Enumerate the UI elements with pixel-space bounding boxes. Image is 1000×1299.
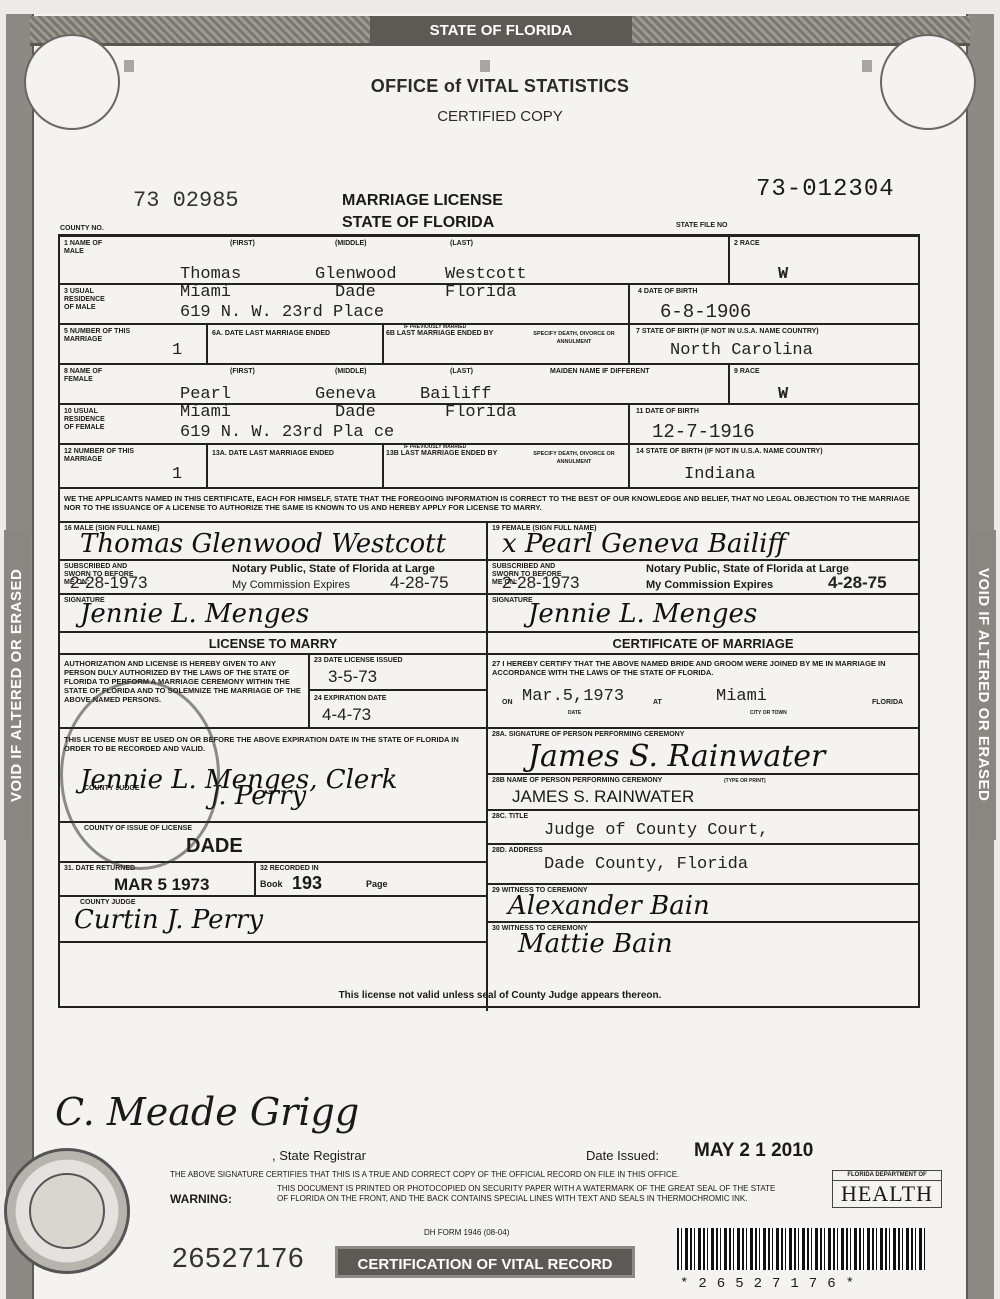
groom-marriage-num-cell: 5 NUMBER OF THIS MARRIAGE 1 <box>60 325 208 363</box>
registrar-label: , State Registrar <box>272 1148 366 1163</box>
last-label: (Last) <box>450 368 473 376</box>
office-title: OFFICE of VITAL STATISTICS <box>0 76 1000 97</box>
groom-residence-cell: 3 Usual Residence of Male Miami Dade Flo… <box>60 285 630 323</box>
bride-specify-label: SPECIFY DEATH, DIVORCE OR ANNULMENT <box>524 450 624 466</box>
groom-date-last-ended-label: 6A. DATE LAST MARRIAGE ENDED <box>212 330 330 338</box>
groom-residence-row: 3 Usual Residence of Male Miami Dade Flo… <box>60 285 918 325</box>
officiant-sig-label: 28A. SIGNATURE OF PERSON PERFORMING CERE… <box>492 731 684 739</box>
groom-dob-label: 4 DATE OF BIRTH <box>638 288 697 296</box>
groom-state-birth-label: 7 STATE OF BIRTH (IF NOT IN U.S.A. NAME … <box>636 328 819 336</box>
commission-label: My Commission Expires <box>232 579 350 591</box>
groom-marriage-row: 5 NUMBER OF THIS MARRIAGE 1 6A. DATE LAS… <box>60 325 918 365</box>
groom-street: 619 N. W. 23rd Place <box>180 303 384 322</box>
book-value: 193 <box>292 873 322 894</box>
officiant-title: Judge of County Court, <box>544 821 768 840</box>
license-to-marry-title: LICENSE TO MARRY <box>60 636 486 651</box>
bride-marriage-num: 1 <box>172 465 182 484</box>
middle-label: (Middle) <box>335 368 367 376</box>
recorded-label: 32 Recorded in <box>260 865 319 873</box>
certificate-of-marriage-column: 19 Female (Sign full name) x Pearl Genev… <box>488 523 918 1011</box>
bride-dob-label: 11 DATE OF BIRTH <box>636 408 699 416</box>
groom-name-cell: 1 Name of Male (First) (Middle) (Last) T… <box>60 237 730 283</box>
void-warning-left: VOID IF ALTERED OR ERASED <box>4 530 30 840</box>
bride-city: Miami <box>180 403 231 422</box>
groom-city: Miami <box>180 283 231 302</box>
groom-state: Florida <box>445 283 516 302</box>
witness2-signature: Mattie Bain <box>518 929 673 959</box>
female-signature-row: 19 Female (Sign full name) x Pearl Genev… <box>488 523 918 561</box>
license-title-line2: STATE OF FLORIDA <box>342 212 503 234</box>
bride-last-name: Bailiff <box>420 385 491 404</box>
validity-footnote: This license not valid unless seal of Co… <box>0 990 1000 1001</box>
officiant-name-label: 28B NAME OF PERSON PERFORMING CEREMONY <box>492 777 662 785</box>
notary-line: Notary Public, State of Florida at Large <box>646 563 849 575</box>
bride-date-last-ended-cell: 13A. DATE LAST MARRIAGE ENDED <box>208 445 384 487</box>
county-judge2-signature: Curtin J. Perry <box>74 905 263 935</box>
groom-marriage-num: 1 <box>172 341 182 360</box>
first-label: (First) <box>230 240 255 248</box>
groom-residence-label: 3 Usual Residence of Male <box>64 288 114 312</box>
expiration-label: 24 EXPIRATION DATE <box>314 695 386 703</box>
witness2-row: 30 WITNESS TO CEREMONY Mattie Bain <box>488 923 918 943</box>
certification-banner: CERTIFICATION OF VITAL RECORD <box>335 1246 635 1278</box>
first-label: (First) <box>230 368 255 376</box>
applicant-statement-row: WE THE APPLICANTS NAMED IN THIS CERTIFIC… <box>60 489 918 523</box>
groom-race: W <box>778 265 788 284</box>
officiant-name-row: 28B NAME OF PERSON PERFORMING CEREMONY (… <box>488 775 918 811</box>
barcode-text: *26527176* <box>680 1276 864 1292</box>
female-commission-exp: 4-28-75 <box>828 573 887 593</box>
bride-marriage-num-cell: 12 NUMBER OF THIS MARRIAGE 1 <box>60 445 208 487</box>
license-title: MARRIAGE LICENSE STATE OF FLORIDA <box>342 190 503 234</box>
county-judge-signature: J. Perry <box>210 781 306 811</box>
bride-street: 619 N. W. 23rd Pla ce <box>180 423 394 442</box>
bride-county: Dade <box>335 403 376 422</box>
page-label: Page <box>366 879 388 889</box>
officiant-address-row: 28D. ADDRESS Dade County, Florida <box>488 845 918 885</box>
health-logo-word: HEALTH <box>833 1181 941 1207</box>
bride-residence-cell: 10 Usual Residence of Female Miami Dade … <box>60 405 630 443</box>
bride-marriage-row: 12 NUMBER OF THIS MARRIAGE 1 13A. DATE L… <box>60 445 918 489</box>
date-returned-cell: 31. Date Returned MAR 5 1973 <box>60 863 256 895</box>
bride-race: W <box>778 385 788 404</box>
certify-row: 27 I HEREBY CERTIFY THAT THE ABOVE NAMED… <box>488 655 918 729</box>
groom-name-label: 1 Name of Male <box>64 240 114 256</box>
void-warning-right: VOID IF ALTERED OR ERASED <box>970 530 996 840</box>
groom-state-birth: North Carolina <box>670 341 813 360</box>
male-notary-signature-row: Signature Jennie L. Menges <box>60 595 486 633</box>
document-serial-number: 26527176 <box>172 1242 305 1274</box>
at-label: AT <box>653 699 662 707</box>
book-label: Book <box>260 879 283 889</box>
date-issued-label: 23 DATE LICENSE ISSUED <box>314 657 403 665</box>
florida-label: FLORIDA <box>872 699 903 707</box>
florida-health-logo-icon: FLORIDA DEPARTMENT OF HEALTH <box>832 1170 942 1208</box>
officiant-address: Dade County, Florida <box>544 855 748 874</box>
female-sworn-date: 2-28-1973 <box>502 573 580 593</box>
registration-mark <box>124 60 134 72</box>
applicant-statement: WE THE APPLICANTS NAMED IN THIS CERTIFIC… <box>64 494 914 512</box>
groom-marriage-num-label: 5 NUMBER OF THIS MARRIAGE <box>64 328 154 344</box>
bride-residence-row: 10 Usual Residence of Female Miami Dade … <box>60 405 918 445</box>
health-logo-top: FLORIDA DEPARTMENT OF <box>833 1171 941 1181</box>
male-signature-row: 16 Male (Sign full name) Thomas Glenwood… <box>60 523 486 561</box>
groom-ended-by-cell: IF PREVIOUSLY MARRIED 6B LAST MARRIAGE E… <box>384 325 630 363</box>
bride-race-label: 9 Race <box>734 368 760 376</box>
date-returned: MAR 5 1973 <box>114 875 209 895</box>
bride-state-birth-label: 14 STATE OF BIRTH (IF NOT IN U.S.A. NAME… <box>636 448 823 456</box>
notary-signature-right: Jennie L. Menges <box>528 599 757 629</box>
groom-ended-by-label: 6B LAST MARRIAGE ENDED BY <box>386 330 493 338</box>
female-signature: x Pearl Geneva Bailiff <box>502 529 786 559</box>
on-label: ON <box>502 699 513 707</box>
date-issued-cell: 23 DATE LICENSE ISSUED 3-5-73 <box>310 655 486 691</box>
date-label: DATE <box>568 709 581 717</box>
warning-text: THIS DOCUMENT IS PRINTED OR PHOTOCOPIED … <box>277 1184 777 1204</box>
groom-name-row: 1 Name of Male (First) (Middle) (Last) T… <box>60 237 918 285</box>
county-number-label: COUNTY NO. <box>60 225 104 233</box>
groom-race-label: 2 Race <box>734 240 760 248</box>
bride-ended-by-cell: IF PREVIOUSLY MARRIED 13B LAST MARRIAGE … <box>384 445 630 487</box>
certified-marriage-record: STATE OF FLORIDA VOID IF ALTERED OR ERAS… <box>0 0 1000 1299</box>
state-file-number: 73-012304 <box>756 176 895 203</box>
male-commission-exp: 4-28-75 <box>390 573 449 593</box>
warning-label: WARNING: <box>170 1192 232 1206</box>
bride-middle-name: Geneva <box>315 385 376 404</box>
certified-copy-label: CERTIFIED COPY <box>0 108 1000 125</box>
maiden-label: Maiden name if different <box>550 368 650 376</box>
great-seal-of-florida-icon <box>4 1148 130 1274</box>
bride-dob: 12-7-1916 <box>652 421 755 443</box>
county-number-value: 73 02985 <box>133 188 239 213</box>
license-form: 1 Name of Male (First) (Middle) (Last) T… <box>58 234 920 1008</box>
witness1-signature: Alexander Bain <box>508 891 710 921</box>
bride-marriage-num-label: 12 NUMBER OF THIS MARRIAGE <box>64 448 154 464</box>
clerk-seal-stamp <box>60 680 220 870</box>
bride-residence-label: 10 Usual Residence of Female <box>64 408 114 432</box>
female-sworn-row: Subscribed and sworn to before me on: 2-… <box>488 561 918 595</box>
groom-first-name: Thomas <box>180 265 241 284</box>
barcode-icon <box>677 1228 925 1270</box>
commission-label: My Commission Expires <box>646 579 773 591</box>
date-issued-value: MAY 2 1 2010 <box>694 1140 813 1162</box>
bride-first-name: Pearl <box>180 385 231 404</box>
officiant-signature-row: 28A. SIGNATURE OF PERSON PERFORMING CERE… <box>488 729 918 775</box>
certify-text: 27 I HEREBY CERTIFY THAT THE ABOVE NAMED… <box>492 659 912 677</box>
license-expiration: 4-4-73 <box>322 705 371 725</box>
state-banner-title: STATE OF FLORIDA <box>370 16 632 46</box>
seal-center <box>29 1173 105 1249</box>
date-issued-label: Date Issued: <box>586 1148 659 1163</box>
officiant-name: JAMES S. RAINWATER <box>512 787 694 807</box>
marriage-date: Mar.5,1973 <box>522 687 624 706</box>
groom-county: Dade <box>335 283 376 302</box>
groom-date-last-ended-cell: 6A. DATE LAST MARRIAGE ENDED <box>208 325 384 363</box>
male-sworn-row: Subscribed and sworn to before me on: 2-… <box>60 561 486 595</box>
officiant-title-row: 28C. TITLE Judge of County Court, <box>488 811 918 845</box>
registration-mark <box>480 60 490 72</box>
registrar-signature: C. Meade Grigg <box>55 1090 359 1134</box>
marriage-city: Miami <box>716 687 767 706</box>
male-signature: Thomas Glenwood Westcott <box>80 529 446 559</box>
signature-label: Signature <box>492 597 533 605</box>
bride-name-cell: 8 Name of Female (First) (Middle) (Last)… <box>60 365 730 403</box>
license-date-issued: 3-5-73 <box>328 667 377 687</box>
certificate-of-marriage-title: CERTIFICATE OF MARRIAGE <box>488 636 918 651</box>
state-file-label: STATE FILE NO <box>676 222 727 230</box>
true-copy-statement: THE ABOVE SIGNATURE CERTIFIES THAT THIS … <box>170 1170 679 1179</box>
bride-name-label: 8 Name of Female <box>64 368 114 384</box>
bride-ended-by-label: 13B LAST MARRIAGE ENDED BY <box>386 450 497 458</box>
certificate-title-row: CERTIFICATE OF MARRIAGE <box>488 633 918 655</box>
license-title-line1: MARRIAGE LICENSE <box>342 190 503 212</box>
middle-label: (Middle) <box>335 240 367 248</box>
city-label: CITY OR TOWN <box>750 709 787 717</box>
officiant-address-label: 28D. ADDRESS <box>492 847 543 855</box>
witness1-row: 29 WITNESS TO CEREMONY Alexander Bain <box>488 885 918 923</box>
last-label: (Last) <box>450 240 473 248</box>
bride-name-row: 8 Name of Female (First) (Middle) (Last)… <box>60 365 918 405</box>
groom-last-name: Westcott <box>445 265 527 284</box>
registration-mark <box>862 60 872 72</box>
bride-date-last-ended-label: 13A. DATE LAST MARRIAGE ENDED <box>212 450 334 458</box>
groom-middle-name: Glenwood <box>315 265 397 284</box>
type-or-print-label: (TYPE OR PRINT) <box>724 777 766 785</box>
bride-state: Florida <box>445 403 516 422</box>
female-notary-signature-row: Signature Jennie L. Menges <box>488 595 918 633</box>
male-sworn-date: 2-28-1973 <box>70 573 148 593</box>
notary-signature-left: Jennie L. Menges <box>80 599 309 629</box>
bride-state-birth: Indiana <box>684 465 755 484</box>
groom-specify-label: SPECIFY DEATH, DIVORCE OR ANNULMENT <box>524 330 624 346</box>
officiant-title-label: 28C. TITLE <box>492 813 528 821</box>
county-judge2-row: COUNTY JUDGE Curtin J. Perry <box>60 897 486 943</box>
officiant-signature: James S. Rainwater <box>528 739 825 774</box>
license-to-marry-title-row: LICENSE TO MARRY <box>60 633 486 655</box>
form-number: DH FORM 1946 (08-04) <box>424 1228 509 1237</box>
groom-dob: 6-8-1906 <box>660 301 751 323</box>
